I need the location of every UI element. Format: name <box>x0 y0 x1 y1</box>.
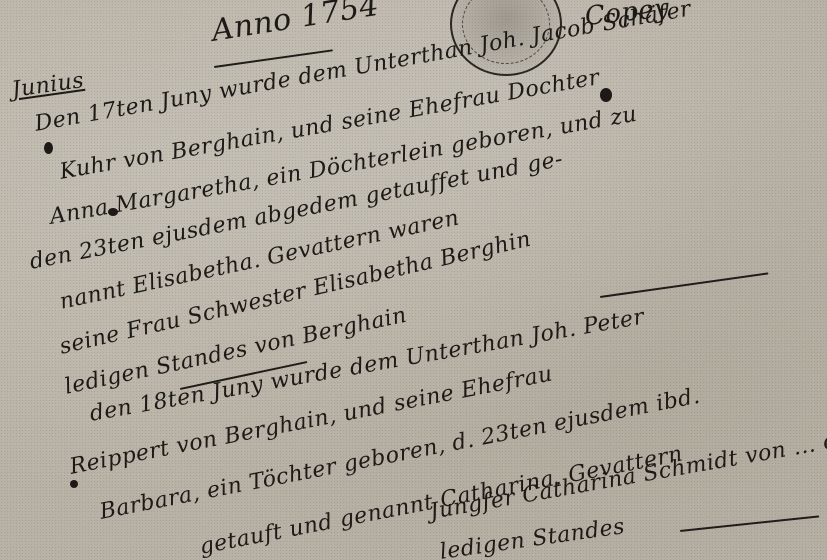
ink-blot <box>600 88 612 102</box>
document-page: Anno 1754 Copey Junius Den 17ten Juny wu… <box>0 0 827 560</box>
ink-blot <box>44 142 53 154</box>
ink-blot <box>70 480 78 488</box>
ink-blot <box>108 208 118 216</box>
